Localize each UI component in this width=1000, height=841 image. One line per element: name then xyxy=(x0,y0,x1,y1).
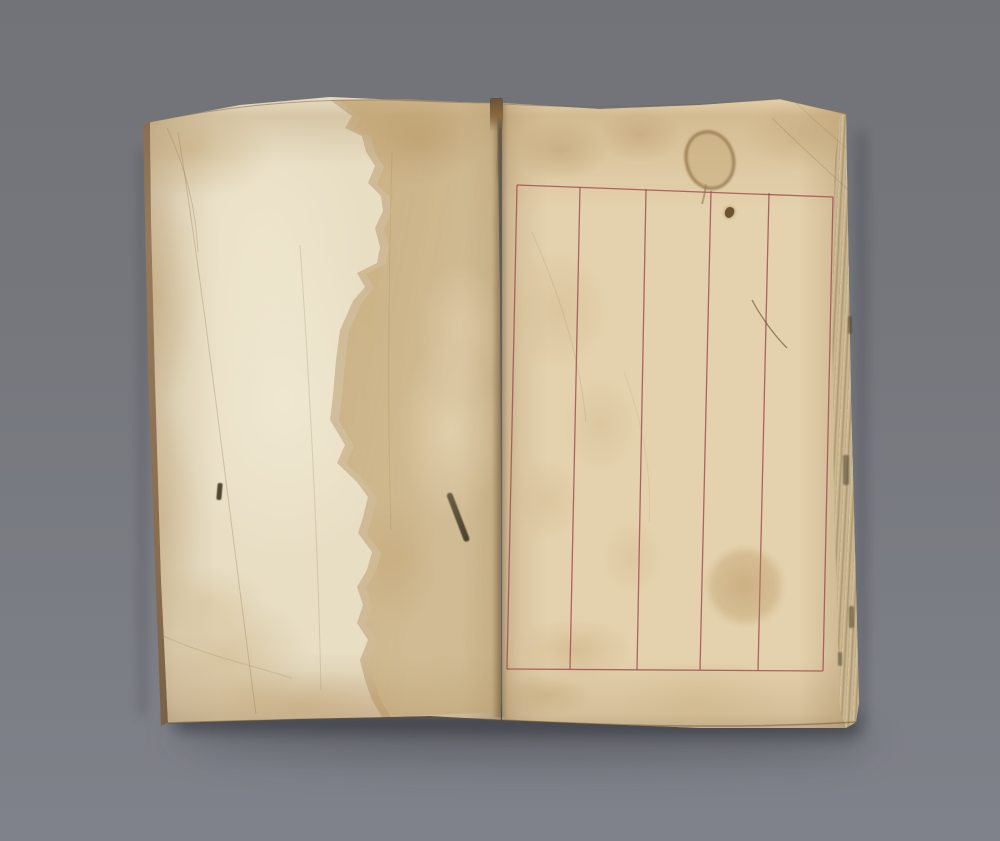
fore-edge-fleck xyxy=(848,316,852,334)
gutter-fold xyxy=(492,104,508,718)
fore-edge-shadow xyxy=(857,132,866,722)
cover-shadow xyxy=(139,150,146,715)
fore-edge-fleck xyxy=(843,455,849,485)
fore-edge-fleck xyxy=(838,652,842,666)
photograph-scene xyxy=(0,0,1000,841)
round-tan-stain xyxy=(705,545,785,627)
binding-thread xyxy=(490,98,503,132)
fore-edge-fleck xyxy=(849,606,854,628)
